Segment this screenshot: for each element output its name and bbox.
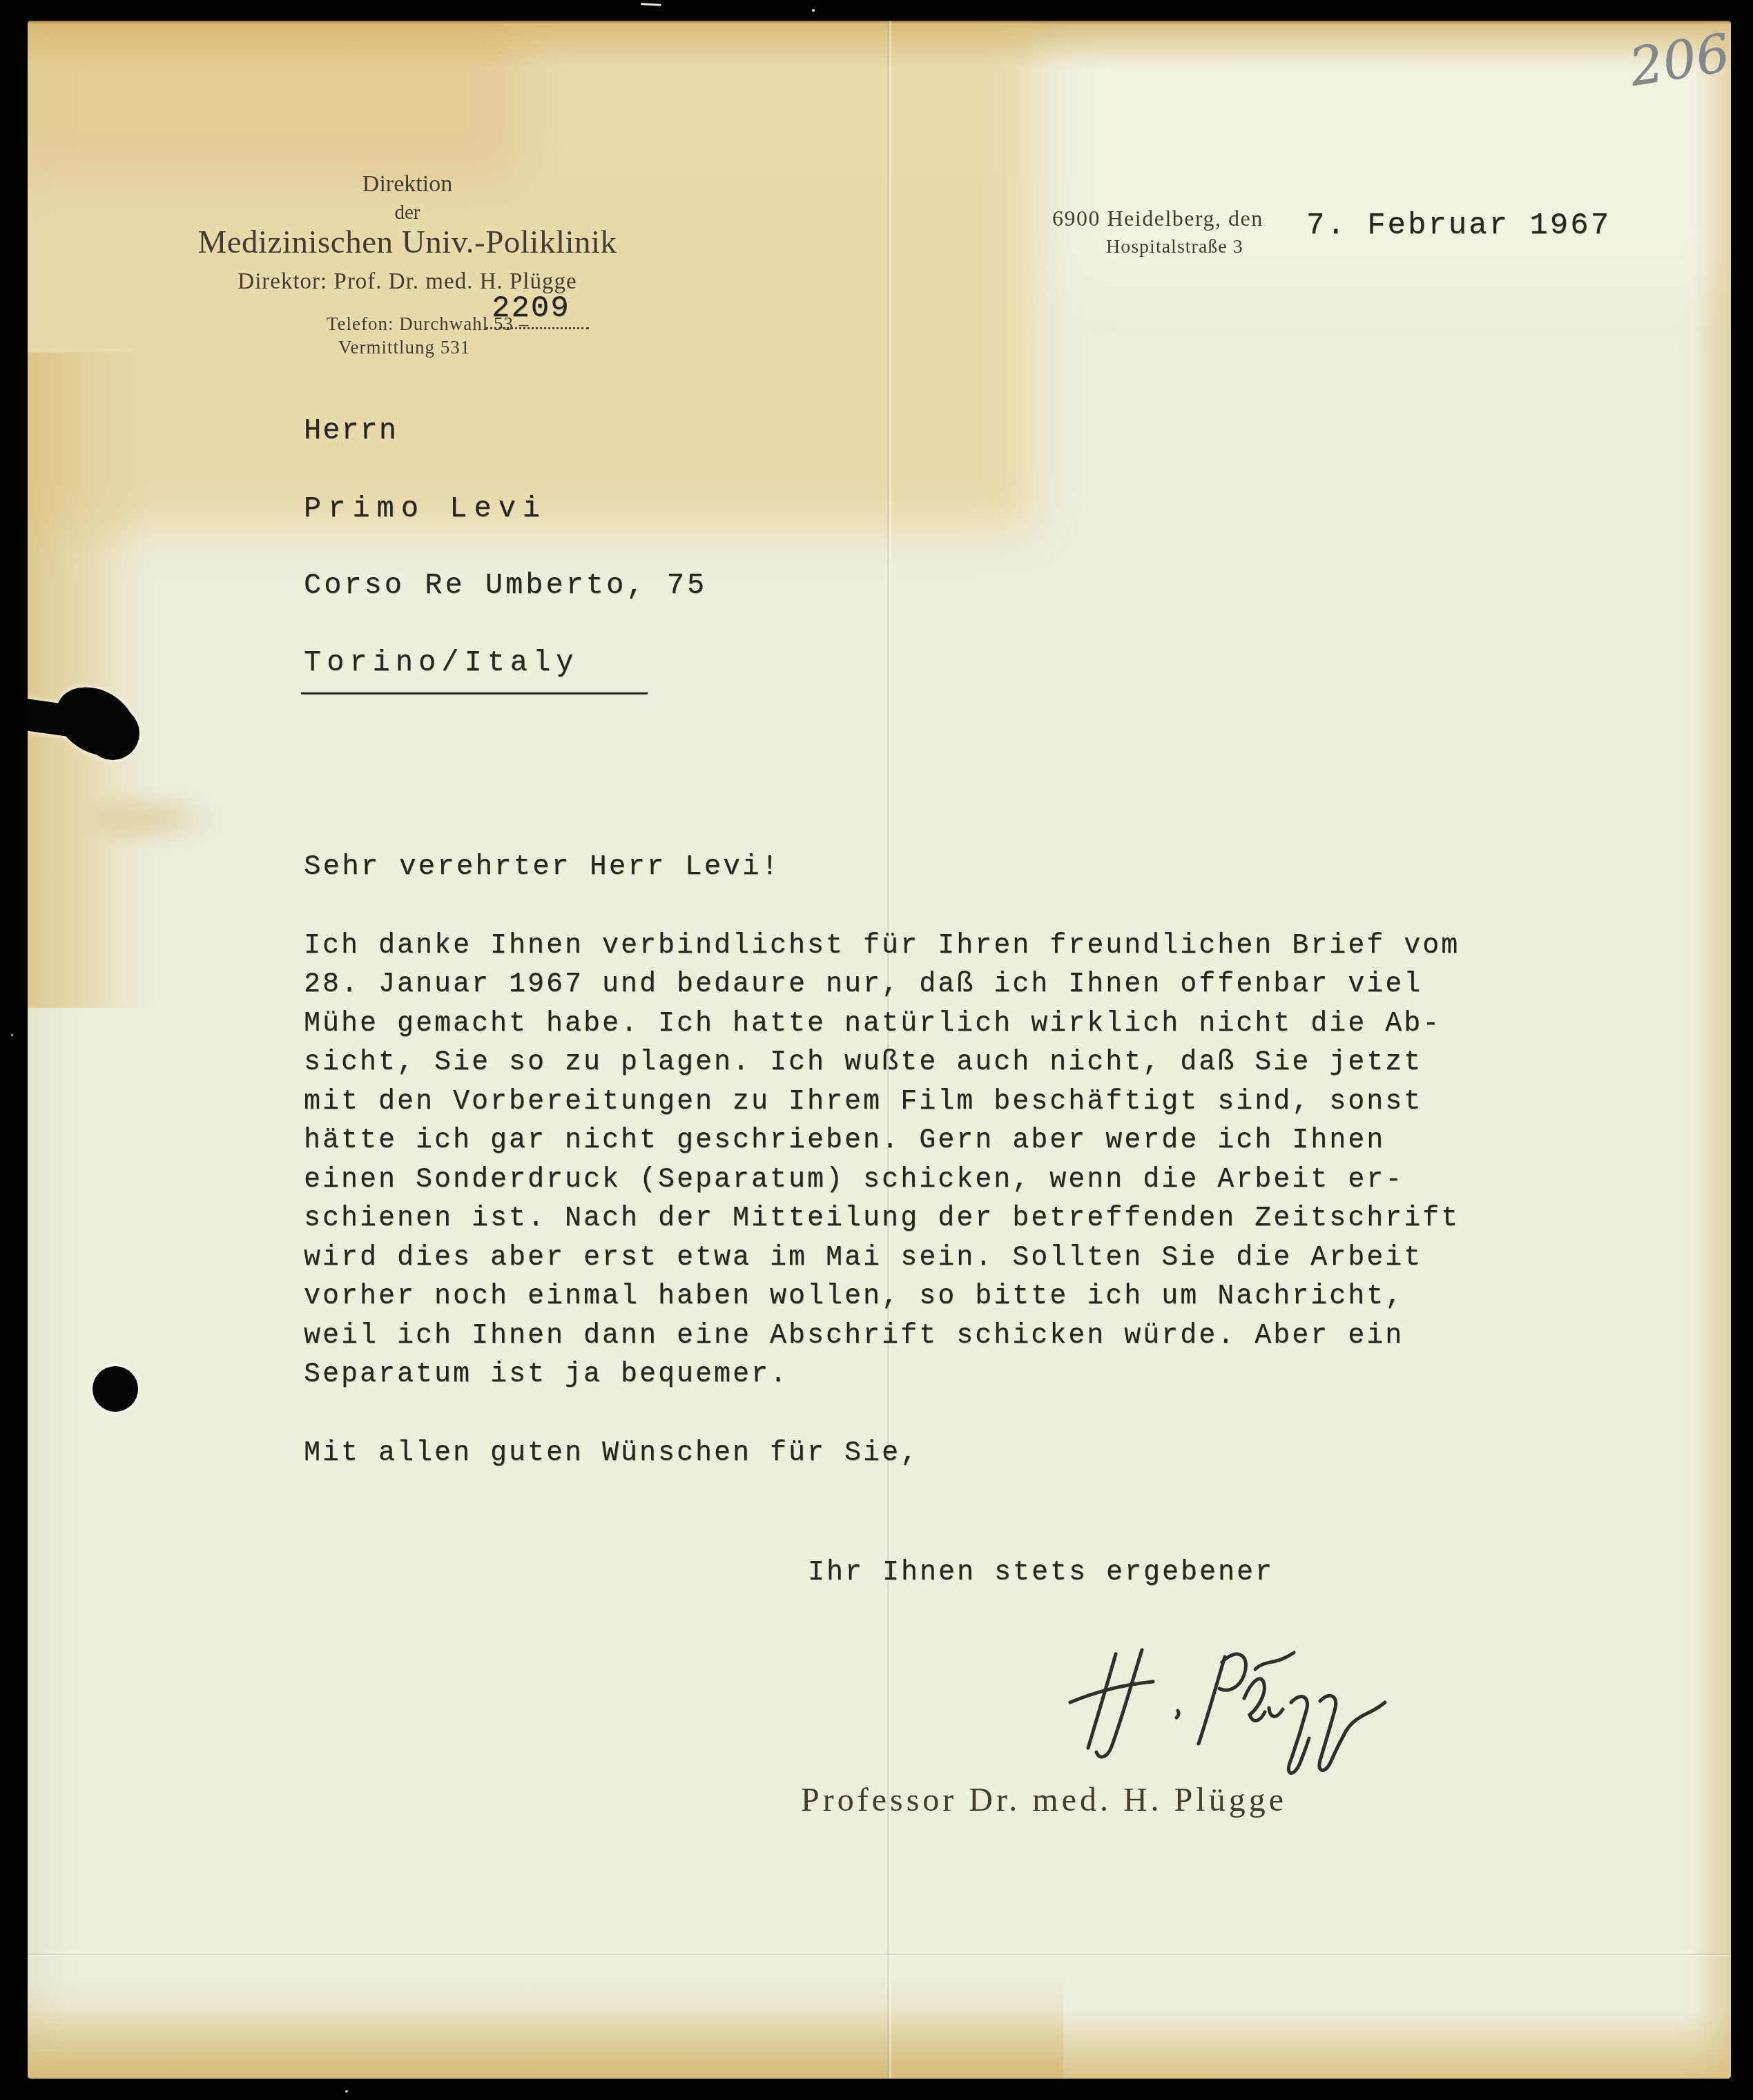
body-line: weil ich Ihnen dann eine Abschrift schic… bbox=[304, 1321, 1404, 1352]
closing-valediction: Ihr Ihnen stets ergebener bbox=[808, 1557, 1274, 1588]
letter-page: 206 Direktion der Medizinischen Univ.-Po… bbox=[28, 21, 1731, 2079]
horizontal-fold-line bbox=[28, 1954, 1731, 1955]
aging-band-bottom-left bbox=[28, 1961, 1063, 2079]
aging-band-top bbox=[28, 21, 1731, 69]
scan-background: 206 Direktion der Medizinischen Univ.-Po… bbox=[0, 0, 1753, 2100]
dust-speck bbox=[11, 1034, 13, 1036]
dust-speck bbox=[812, 9, 815, 12]
dateline-typed-date: 7. Februar 1967 bbox=[1306, 208, 1611, 243]
body-line: vorher noch einmal haben wollen, so bitt… bbox=[304, 1281, 1404, 1312]
recipient-herrn: Herrn bbox=[304, 414, 398, 447]
body-line: einen Sonderdruck (Separatum) schicken, … bbox=[304, 1165, 1404, 1196]
recipient-name: Primo Levi bbox=[304, 492, 547, 525]
body-line: mit den Vorbereitungen zu Ihrem Film bes… bbox=[304, 1087, 1422, 1118]
pencil-page-number: 206 bbox=[1625, 21, 1731, 98]
aging-band-bottom bbox=[28, 2010, 1731, 2079]
signature-handwriting bbox=[1056, 1643, 1388, 1781]
signature-typed-name: Professor Dr. med. H. Plügge bbox=[801, 1781, 1287, 1819]
dateline-city: 6900 Heidelberg, den bbox=[1052, 206, 1263, 231]
dust-speck bbox=[345, 2090, 348, 2092]
dateline-street: Hospitalstraße 3 bbox=[1106, 236, 1243, 258]
body-line: Mühe gemacht habe. Ich hatte natürlich w… bbox=[304, 1009, 1441, 1040]
dust-speck bbox=[641, 3, 661, 6]
paper-top-edge-shadow bbox=[28, 21, 1731, 24]
aging-band-right bbox=[1693, 21, 1731, 2079]
closing-wishes: Mit allen guten Wünschen für Sie, bbox=[304, 1438, 919, 1469]
address-underline bbox=[301, 692, 648, 694]
body-line: hätte ich gar nicht geschrieben. Gern ab… bbox=[304, 1125, 1385, 1156]
body-line: schienen ist. Nach der Mitteilung der be… bbox=[304, 1203, 1460, 1234]
recipient-street: Corso Re Umberto, 75 bbox=[304, 569, 707, 602]
body-line: sicht, Sie so zu plagen. Ich wußte auch … bbox=[304, 1047, 1422, 1078]
recipient-city: Torino/Italy bbox=[304, 646, 579, 679]
body-line: Separatum ist ja bequemer. bbox=[304, 1359, 788, 1390]
letterhead-vermittlung: Vermittlung 531 bbox=[338, 337, 470, 358]
body-line: wird dies aber erst etwa im Mai sein. So… bbox=[304, 1243, 1422, 1274]
punch-hole bbox=[28, 21, 235, 1470]
telefon-dotted-line bbox=[485, 309, 589, 329]
salutation: Sehr verehrter Herr Levi! bbox=[304, 851, 780, 883]
body-line: Ich danke Ihnen verbindlichst für Ihren … bbox=[304, 931, 1460, 962]
body-line: 28. Januar 1967 und bedaure nur, daß ich… bbox=[304, 969, 1422, 1000]
